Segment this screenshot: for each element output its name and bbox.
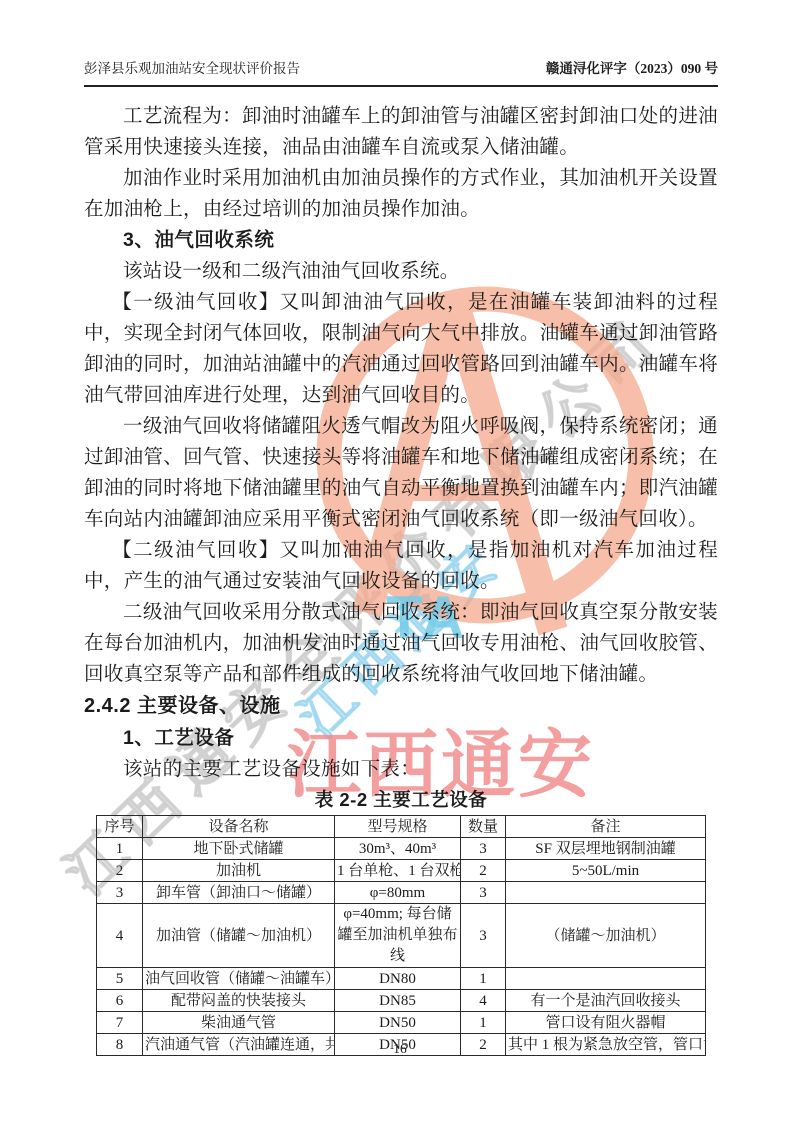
table-column-header: 数量 <box>461 816 506 838</box>
header-document-number: 赣通浔化评字（2023）090 号 <box>546 57 718 77</box>
table-cell: 配带闷盖的快装接头 <box>143 990 335 1012</box>
table-cell: SF 双层埋地钢制油罐 <box>506 838 706 860</box>
table-column-header: 序号 <box>97 816 143 838</box>
table-cell: 卸车管（卸油口～储罐） <box>143 882 335 904</box>
table-cell: 1 <box>97 838 143 860</box>
table-cell: 1 台单枪、1 台双枪 <box>335 860 461 882</box>
table-cell: 加油机 <box>143 860 335 882</box>
table-row: 3卸车管（卸油口～储罐）φ=80mm3 <box>97 882 706 904</box>
table-cell: 7 <box>97 1012 143 1034</box>
paragraph: 加油作业时采用加油机由加油员操作的方式作业，其加油机开关设置在加油枪上，由经过培… <box>84 163 718 225</box>
table-cell: 6 <box>97 990 143 1012</box>
paragraph: 该站的主要工艺设备设施如下表： <box>84 754 718 785</box>
document-page: 江西通安全评价有限公司 江西通安 TA 江西通安 彭泽县乐观加油站安全现状评价报… <box>0 0 800 1131</box>
table-column-header: 备注 <box>506 816 706 838</box>
table-row: 1地下卧式储罐30m³、40m³3SF 双层埋地钢制油罐 <box>97 838 706 860</box>
heading: 1、工艺设备 <box>84 723 718 754</box>
paragraph: 一级油气回收将储罐阻火透气帽改为阻火呼吸阀，保持系统密闭；通过卸油管、回气管、快… <box>84 411 718 535</box>
page-header: 彭泽县乐观加油站安全现状评价报告 赣通浔化评字（2023）090 号 <box>84 57 718 87</box>
page-content: 工艺流程为：卸油时油罐车上的卸油管与油罐区密封卸油口处的进油管采用快速接头连接，… <box>84 101 718 1056</box>
table-cell: 加油管（储罐～加油机） <box>143 904 335 968</box>
table-row: 5油气回收管（储罐～油罐车）DN801 <box>97 968 706 990</box>
table-cell: 地下卧式储罐 <box>143 838 335 860</box>
table-row: 4加油管（储罐～加油机）φ=40mm; 每台储罐至加油机单独布线3（储罐～加油机… <box>97 904 706 968</box>
table-cell: 4 <box>97 904 143 968</box>
table-cell: 3 <box>461 838 506 860</box>
table-column-header: 设备名称 <box>143 816 335 838</box>
table-cell: （储罐～加油机） <box>506 904 706 968</box>
paragraph: 该站设一级和二级汽油油气回收系统。 <box>84 256 718 287</box>
page-number: 16 <box>0 1041 800 1057</box>
heading: 3、油气回收系统 <box>84 225 718 256</box>
equipment-table: 序号设备名称型号规格数量备注 1地下卧式储罐30m³、40m³3SF 双层埋地钢… <box>96 815 706 1056</box>
heading: 2.4.2 主要设备、设施 <box>84 690 718 723</box>
table-cell: 2 <box>461 860 506 882</box>
table-body: 1地下卧式储罐30m³、40m³3SF 双层埋地钢制油罐2加油机1 台单枪、1 … <box>97 838 706 1056</box>
table-title: 表 2-2 主要工艺设备 <box>84 785 718 814</box>
table-cell: φ=40mm; 每台储罐至加油机单独布线 <box>335 904 461 968</box>
table-cell: 2 <box>97 860 143 882</box>
table-cell: 柴油通气管 <box>143 1012 335 1034</box>
table-cell: φ=80mm <box>335 882 461 904</box>
table-cell: 5 <box>97 968 143 990</box>
table-column-header: 型号规格 <box>335 816 461 838</box>
table-row: 2加油机1 台单枪、1 台双枪25~50L/min <box>97 860 706 882</box>
table-header-row: 序号设备名称型号规格数量备注 <box>97 816 706 838</box>
table-cell: 30m³、40m³ <box>335 838 461 860</box>
table-cell: 1 <box>461 968 506 990</box>
table-cell: 5~50L/min <box>506 860 706 882</box>
table-cell: 有一个是油汽回收接头 <box>506 990 706 1012</box>
header-report-title: 彭泽县乐观加油站安全现状评价报告 <box>84 57 300 77</box>
table-cell: 1 <box>461 1012 506 1034</box>
table-cell: DN50 <box>335 1012 461 1034</box>
paragraph: 【二级油气回收】又叫加油油气回收，是指加油机对汽车加油过程中，产生的油气通过安装… <box>84 535 718 597</box>
table-cell <box>506 968 706 990</box>
table-cell <box>506 882 706 904</box>
table-cell: 油气回收管（储罐～油罐车） <box>143 968 335 990</box>
paragraph: 工艺流程为：卸油时油罐车上的卸油管与油罐区密封卸油口处的进油管采用快速接头连接，… <box>84 101 718 163</box>
body-text-blocks: 工艺流程为：卸油时油罐车上的卸油管与油罐区密封卸油口处的进油管采用快速接头连接，… <box>84 101 718 785</box>
table-row: 6配带闷盖的快装接头DN854有一个是油汽回收接头 <box>97 990 706 1012</box>
table-cell: 3 <box>97 882 143 904</box>
table-cell: 3 <box>461 882 506 904</box>
table-cell: DN80 <box>335 968 461 990</box>
table-cell: DN85 <box>335 990 461 1012</box>
table-row: 7柴油通气管DN501管口设有阻火器帽 <box>97 1012 706 1034</box>
table-cell: 管口设有阻火器帽 <box>506 1012 706 1034</box>
paragraph: 【一级油气回收】又叫卸油油气回收，是在油罐车装卸油料的过程中，实现全封闭气体回收… <box>84 287 718 411</box>
paragraph: 二级油气回收采用分散式油气回收系统：即油气回收真空泵分散安装在每台加油机内，加油… <box>84 597 718 690</box>
table-cell: 3 <box>461 904 506 968</box>
table-cell: 4 <box>461 990 506 1012</box>
